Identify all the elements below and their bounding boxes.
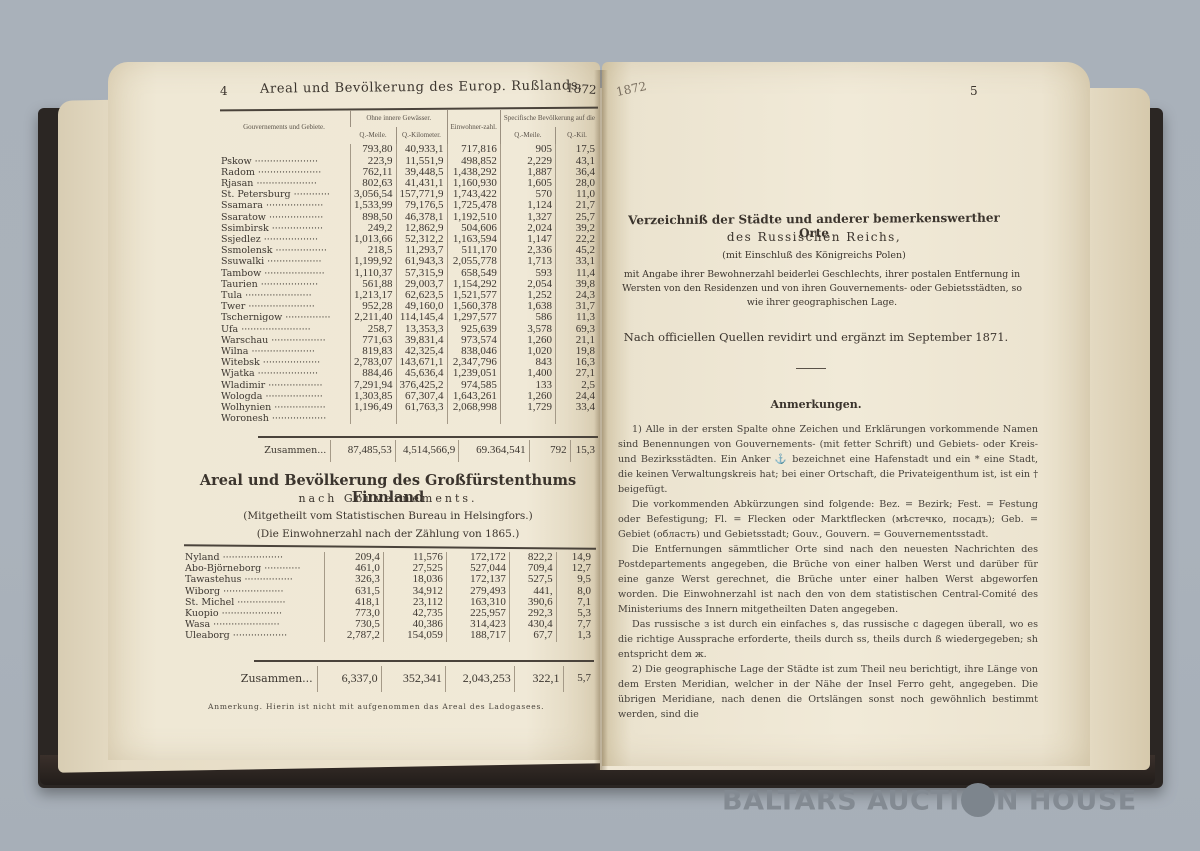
header-qmeile: Q.-Meile. bbox=[351, 127, 397, 144]
header-density-qmeile: Q.-Meile. bbox=[500, 127, 555, 144]
table1-total-rule bbox=[258, 436, 598, 438]
note-paragraph: Die vorkommenden Abkürzungen sind folgen… bbox=[618, 497, 1038, 542]
total-population: 69.364,541 bbox=[459, 440, 529, 462]
row-name: Wjatka ···················· bbox=[218, 368, 351, 379]
table-row: Tawastehus ················326,318,03617… bbox=[182, 574, 594, 585]
row-name: Tambow ···················· bbox=[218, 268, 351, 279]
row-density-qkm: 21,7 bbox=[556, 200, 599, 211]
finland-census-note: (Die Einwohnerzahl nach der Zählung von … bbox=[168, 528, 608, 540]
table2-total-rule bbox=[254, 660, 594, 662]
row-name: Wologda ··················· bbox=[218, 391, 351, 402]
row-density-qmeile: 1,124 bbox=[500, 200, 555, 211]
row-qmeile: 884,46 bbox=[351, 368, 397, 379]
row-population: 2,068,998 bbox=[447, 402, 500, 413]
row-qkm: 154,059 bbox=[383, 630, 446, 641]
row-density-qkm: 27,1 bbox=[556, 368, 599, 379]
right-page-year: 1872 bbox=[615, 79, 648, 99]
row-density-qmeile: 527,5 bbox=[509, 574, 556, 585]
row-density-qkm: 33,1 bbox=[556, 256, 599, 267]
table-row: Wolhynien ·················1,196,4961,76… bbox=[218, 402, 598, 413]
total-label: Zusammen... bbox=[182, 666, 317, 692]
row-name: Warschau ·················· bbox=[218, 335, 351, 346]
total-density-qmeile: 322,1 bbox=[514, 666, 563, 692]
auction-house-watermark: BALTARS AUCTIN HOUSE bbox=[722, 785, 1137, 819]
row-name: Nyland ···················· bbox=[182, 552, 325, 563]
row-qmeile: 1,199,92 bbox=[351, 256, 397, 267]
row-population: 1,297,577 bbox=[447, 312, 500, 323]
row-population: 1,725,478 bbox=[447, 200, 500, 211]
row-density-qmeile bbox=[500, 413, 555, 424]
left-page: 4 Areal und Bevölkerung des Europ. Rußla… bbox=[108, 62, 600, 760]
right-page-number: 5 bbox=[970, 84, 978, 98]
row-qmeile: 326,3 bbox=[325, 574, 384, 585]
row-name: Ssimbirsk ················· bbox=[218, 223, 351, 234]
total-qmeile: 87,485,53 bbox=[331, 440, 395, 462]
total-density-qmeile: 792 bbox=[529, 440, 570, 462]
header-gouvernements: Gouvernements und Gebiete. bbox=[218, 110, 351, 144]
table2-top-rule bbox=[184, 544, 596, 550]
row-population: 172,137 bbox=[446, 574, 509, 585]
row-name: Tawastehus ················ bbox=[182, 574, 325, 585]
row-density-qkm: 1,3 bbox=[556, 630, 594, 641]
row-name: Taurien ··················· bbox=[218, 279, 351, 290]
table-row: Wjatka ····················884,4645,636,… bbox=[218, 368, 598, 379]
row-qmeile: 2,787,2 bbox=[325, 630, 384, 641]
right-page: 1872 5 Verzeichniß der Städte und andere… bbox=[602, 62, 1090, 766]
row-name: Kuopio ···················· bbox=[182, 608, 325, 619]
row-name: Tula ······················ bbox=[218, 290, 351, 301]
row-population: 717,816 bbox=[447, 144, 500, 155]
row-name: Woronesh ·················· bbox=[218, 413, 351, 424]
cities-directory-title-line3: (mit Einschluß des Königreichs Polen) bbox=[614, 250, 1014, 261]
left-running-head: Areal und Bevölkerung des Europ. Rußland… bbox=[260, 78, 583, 96]
row-density-qmeile: 905 bbox=[500, 144, 555, 155]
total-qmeile: 6,337,0 bbox=[317, 666, 381, 692]
watermark-logo-icon bbox=[961, 783, 995, 817]
row-qmeile: 2,211,40 bbox=[351, 312, 397, 323]
row-name: Wiborg ···················· bbox=[182, 586, 325, 597]
book-gutter bbox=[594, 70, 608, 770]
header-without-inland-waters: Ohne innere Gewässer. bbox=[351, 110, 448, 127]
left-page-footnote: Anmerkung. Hierin ist nicht mit aufgenom… bbox=[208, 702, 544, 711]
header-qkm: Q.-Kilometer. bbox=[396, 127, 447, 144]
row-name: Pskow ····················· bbox=[218, 156, 351, 167]
cities-directory-title-line2: des Russischen Reichs, bbox=[614, 230, 1014, 244]
row-name: Ssjedlez ·················· bbox=[218, 234, 351, 245]
row-name: Uleaborg ·················· bbox=[182, 630, 325, 641]
row-name: Witebsk ··················· bbox=[218, 357, 351, 368]
revision-note: Nach officiellen Quellen revidirt und er… bbox=[616, 330, 1016, 344]
row-name: Ssaratow ·················· bbox=[218, 212, 351, 223]
row-name: Ufa ······················· bbox=[218, 324, 351, 335]
finland-area-population-table: Nyland ····················209,411,57617… bbox=[182, 552, 594, 642]
russia-total-row: Zusammen... 87,485,53 4,514,566,9 69.364… bbox=[218, 440, 598, 462]
row-density-qkm: 33,4 bbox=[556, 402, 599, 413]
table-row: Ssuwalki ··················1,199,9261,94… bbox=[218, 256, 598, 267]
row-name: Wasa ······················ bbox=[182, 619, 325, 630]
table-row: Wasa ······················730,540,38631… bbox=[182, 619, 594, 630]
finland-source-note: (Mitgetheilt vom Statistischen Bureau in… bbox=[168, 510, 608, 522]
table-row: Tschernigow ···············2,211,40114,1… bbox=[218, 312, 598, 323]
row-population: 188,717 bbox=[446, 630, 509, 641]
notes-body: 1) Alle in der ersten Spalte ohne Zeiche… bbox=[618, 422, 1038, 722]
total-density-qkm: 5,7 bbox=[563, 666, 594, 692]
row-qkm: 40,933,1 bbox=[396, 144, 447, 155]
row-name: Tschernigow ··············· bbox=[218, 312, 351, 323]
total-qkm: 352,341 bbox=[381, 666, 445, 692]
table-row: Woronesh ·················· bbox=[218, 413, 598, 424]
watermark-text-start: BALTARS AUCTI bbox=[722, 786, 960, 817]
left-page-number: 4 bbox=[220, 84, 228, 98]
russia-area-population-table: Gouvernements und Gebiete. Ohne innere G… bbox=[218, 110, 598, 424]
row-qmeile: 1,533,99 bbox=[351, 200, 397, 211]
row-name: Wilna ····················· bbox=[218, 346, 351, 357]
row-qmeile: 1,196,49 bbox=[351, 402, 397, 413]
row-density-qkm bbox=[556, 413, 599, 424]
notes-heading: Anmerkungen. bbox=[616, 398, 1016, 411]
row-name: Ssamara ··················· bbox=[218, 200, 351, 211]
note-paragraph: Die Entfernungen sämmtlicher Orte sind n… bbox=[618, 542, 1038, 617]
row-name: Ssmolensk ················· bbox=[218, 245, 351, 256]
row-name: Ssuwalki ·················· bbox=[218, 256, 351, 267]
table-row: Uleaborg ··················2,787,2154,05… bbox=[182, 630, 594, 641]
row-name: St. Michel ················ bbox=[182, 597, 325, 608]
table-total-row: Zusammen... 6,337,0 352,341 2,043,253 32… bbox=[182, 666, 594, 692]
watermark-text-end: N HOUSE bbox=[996, 786, 1137, 817]
row-qmeile: 793,80 bbox=[351, 144, 397, 155]
header-specific-density: Specifische Bevölkerung auf die bbox=[500, 110, 598, 127]
row-name: Wolhynien ················· bbox=[218, 402, 351, 413]
row-density-qmeile: 1,729 bbox=[500, 402, 555, 413]
row-name: Rjasan ···················· bbox=[218, 178, 351, 189]
row-name: Abo-Björneborg ············ bbox=[182, 563, 325, 574]
left-page-year: 1872 bbox=[566, 81, 597, 97]
total-qkm: 4,514,566,9 bbox=[395, 440, 459, 462]
row-density-qmeile: 586 bbox=[500, 312, 555, 323]
row-name: Wladimir ·················· bbox=[218, 380, 351, 391]
row-qkm: 61,763,3 bbox=[396, 402, 447, 413]
note-paragraph: 2) Die geographische Lage der Städte ist… bbox=[618, 662, 1038, 722]
row-population: 2,055,778 bbox=[447, 256, 500, 267]
row-qmeile bbox=[351, 413, 397, 424]
finland-total-row: Zusammen... 6,337,0 352,341 2,043,253 32… bbox=[182, 666, 594, 692]
row-name bbox=[218, 144, 351, 155]
row-density-qkm: 11,3 bbox=[556, 312, 599, 323]
table-total-row: Zusammen... 87,485,53 4,514,566,9 69.364… bbox=[218, 440, 598, 462]
row-density-qmeile: 67,7 bbox=[509, 630, 556, 641]
row-density-qkm: 17,5 bbox=[556, 144, 599, 155]
row-density-qmeile: 1,713 bbox=[500, 256, 555, 267]
row-qkm: 61,943,3 bbox=[396, 256, 447, 267]
section-divider bbox=[796, 368, 826, 369]
cities-directory-description: mit Angabe ihrer Bewohnerzahl beiderlei … bbox=[622, 268, 1022, 310]
row-qkm: 18,036 bbox=[383, 574, 446, 585]
row-population bbox=[447, 413, 500, 424]
total-label: Zusammen... bbox=[218, 440, 331, 462]
row-qkm bbox=[396, 413, 447, 424]
header-population: Einwohner-zahl. bbox=[447, 110, 500, 144]
row-name: St. Petersburg ············ bbox=[218, 189, 351, 200]
row-qkm: 114,145,4 bbox=[396, 312, 447, 323]
total-population: 2,043,253 bbox=[445, 666, 514, 692]
table-row: 793,8040,933,1717,81690517,5 bbox=[218, 144, 598, 155]
finland-section-subtitle: nach Gouvernements. bbox=[168, 492, 608, 505]
note-paragraph: 1) Alle in der ersten Spalte ohne Zeiche… bbox=[618, 422, 1038, 497]
header-density-qkm: Q.-Kil. bbox=[556, 127, 599, 144]
row-name: Radom ····················· bbox=[218, 167, 351, 178]
row-name: Twer ······················ bbox=[218, 301, 351, 312]
row-density-qkm: 9,5 bbox=[556, 574, 594, 585]
row-population: 1,239,051 bbox=[447, 368, 500, 379]
table-row: Ssamara ···················1,533,9979,17… bbox=[218, 200, 598, 211]
row-qkm: 45,636,4 bbox=[396, 368, 447, 379]
note-paragraph: Das russische з ist durch ein einfaches … bbox=[618, 617, 1038, 662]
row-qkm: 79,176,5 bbox=[396, 200, 447, 211]
row-density-qmeile: 1,400 bbox=[500, 368, 555, 379]
